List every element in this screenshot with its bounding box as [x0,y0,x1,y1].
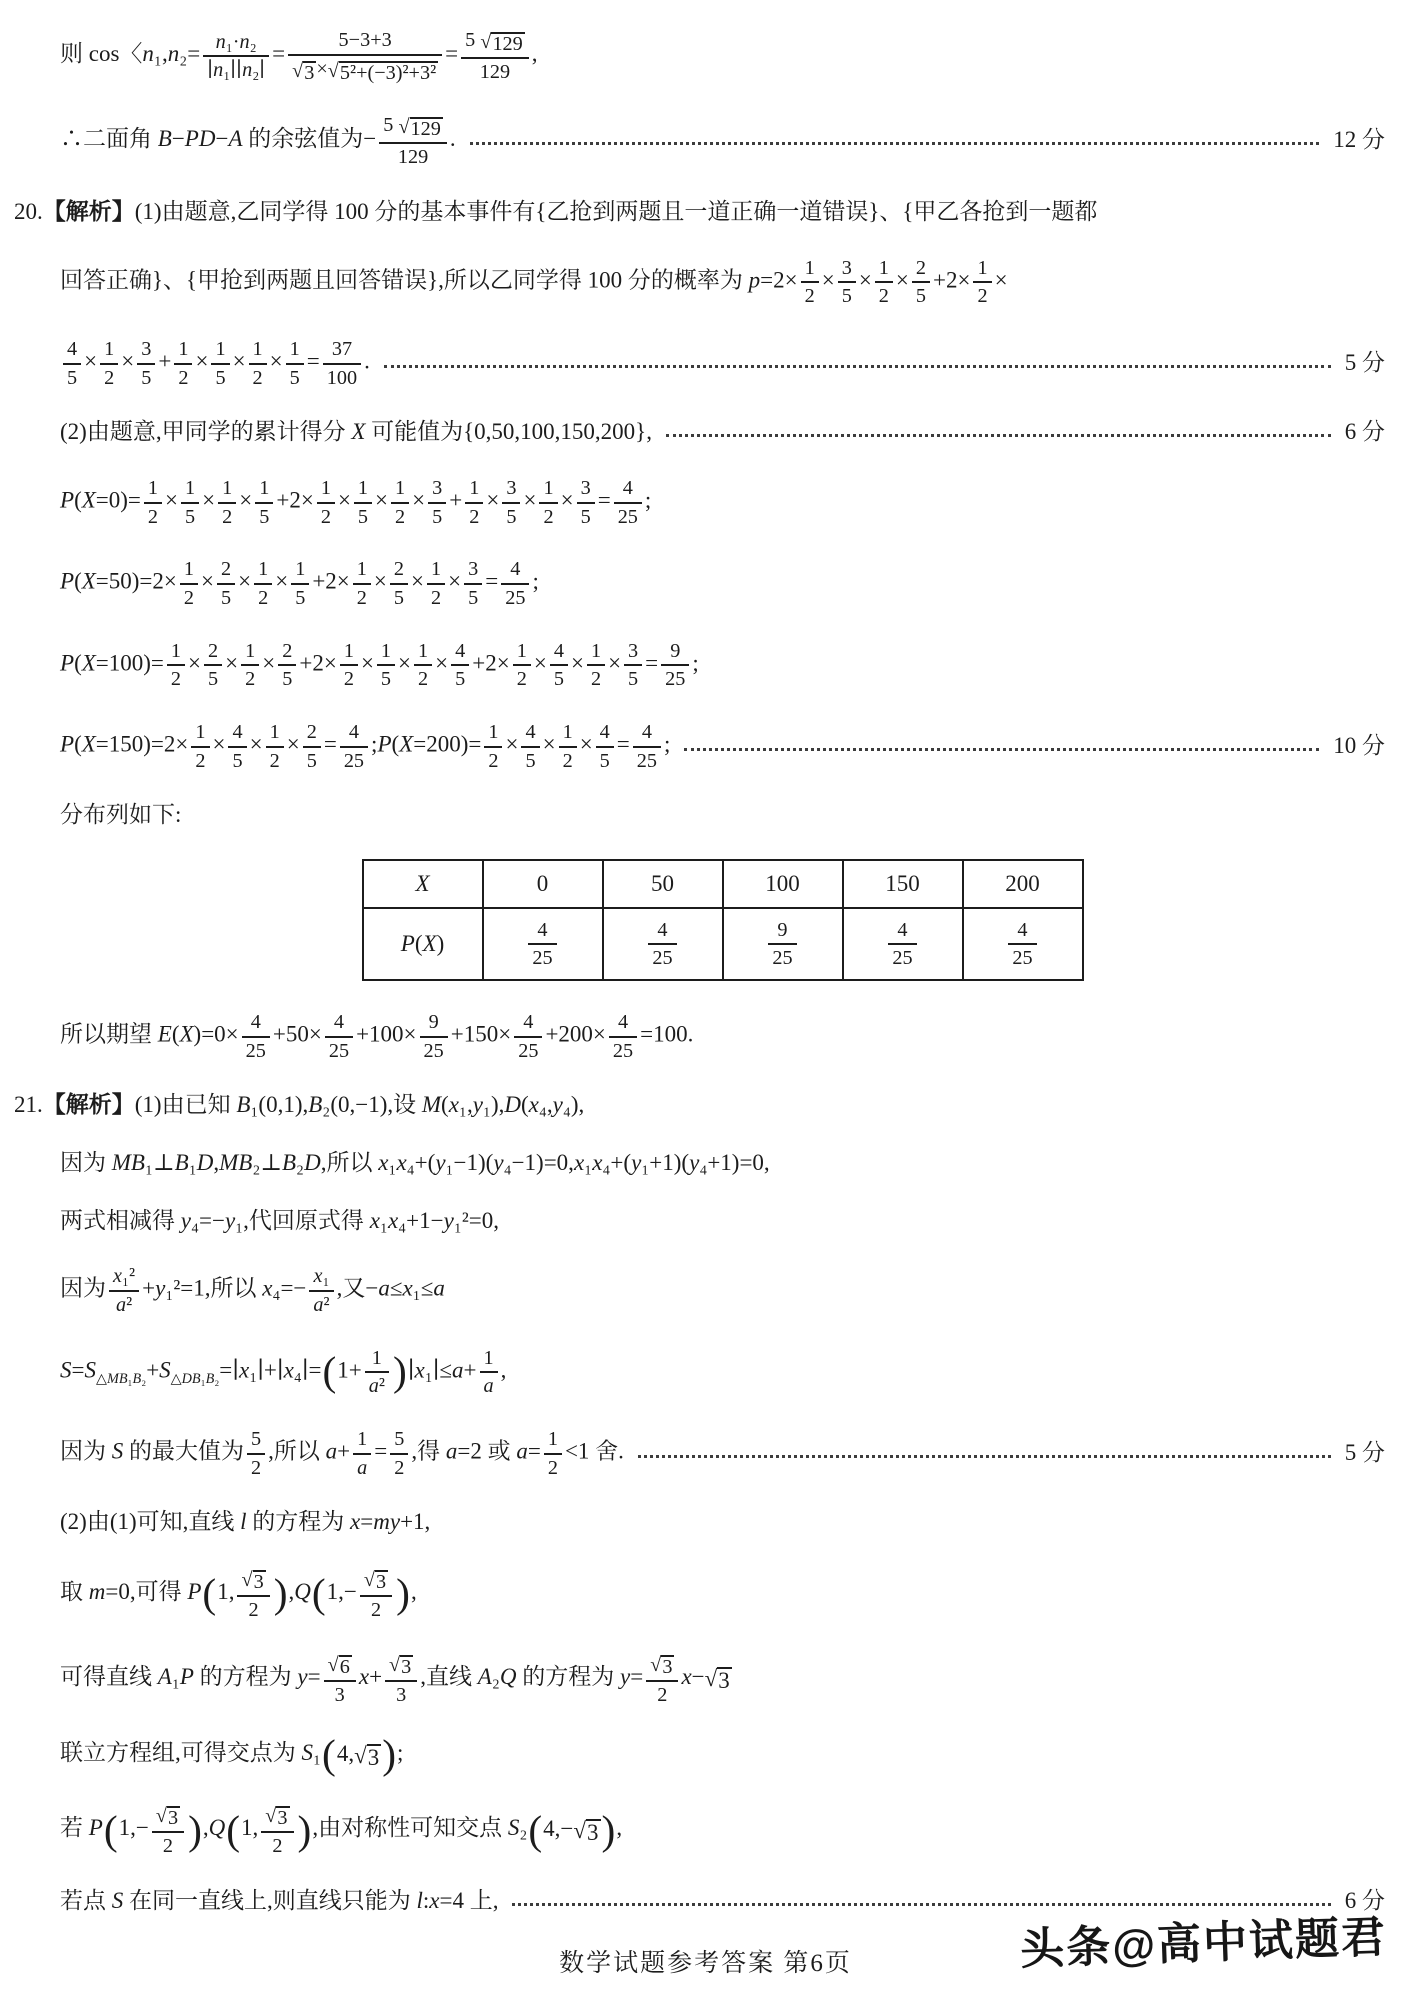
fraction: 425 [242,1010,270,1062]
score-label: 10 分 [1333,732,1385,761]
fraction: 15 [181,476,199,528]
open-paren: ( [321,1736,337,1773]
denominator: 25 [609,1038,637,1063]
denominator: 2 [427,585,445,610]
fraction: 425 [633,720,661,772]
paren-group: (4,√3) [321,1736,397,1773]
content-line: 因为 S 的最大值为52,所以 a+1a=52,得 a=2 或 a=12<1 舍… [60,1427,1385,1479]
close-paren: ) [273,1575,289,1612]
numerator: 1 [480,1346,498,1374]
numerator: √3 [385,1651,417,1682]
numerator: 1 [249,337,267,365]
radicand: 5²+(−3)²+3² [339,61,438,84]
fraction: 35 [502,476,520,528]
dot-leader [638,1455,1331,1458]
denominator: 25 [340,748,368,773]
numerator: 4 [514,1010,542,1038]
fraction: 25 [204,639,222,691]
denominator: 5 [838,283,856,308]
denominator: 25 [325,1038,353,1063]
denominator: 2 [414,666,432,691]
math-content: 联立方程组,可得交点为 S₁(4,√3); [60,1736,403,1773]
math-content: 两式相减得 y₄=−y₁,代回原式得 x₁x₄+1−y₁²=0, [60,1207,499,1236]
denominator: 5 [596,748,614,773]
denominator: 5 [181,504,199,529]
numerator: 1 [587,639,605,667]
radicand: 3 [375,1570,388,1593]
fraction: 12 [544,1427,562,1479]
denominator: 5 [286,365,304,390]
numerator: 37 [323,337,361,365]
paren-group: (1,√32) [201,1566,288,1622]
paren-content: 4,√3 [337,1740,381,1770]
denominator: 25 [420,1038,448,1063]
score-label: 5 分 [1345,349,1385,378]
content-line: 联立方程组,可得交点为 S₁(4,√3); [60,1736,1385,1773]
radical: √3 [265,1806,289,1829]
denominator: 25 [528,945,556,970]
radical: √6 [328,1655,352,1678]
content-line: 可得直线 A₁P 的方程为 y=√63x+√33,直线 A₂Q 的方程为 y=√… [60,1651,1385,1707]
numerator: 3 [464,557,482,585]
content-line: 45×12×35+12×15×12×15=37100.5 分 [60,337,1385,389]
fraction: 35 [624,639,642,691]
numerator: 9 [661,639,689,667]
fraction: 45 [521,720,539,772]
numerator: 5−3+3 [288,28,442,56]
fraction: 25 [303,720,321,772]
math-content: 因为 MB₁⊥B₁D,MB₂⊥B₂D,所以 x₁x₄+(y₁−1)(y₄−1)=… [60,1149,770,1178]
radical: √3 [364,1570,388,1593]
math-content: 若点 S 在同一直线上,则直线只能为 l:x=4 上, [60,1887,498,1916]
denominator: a² [309,1292,333,1317]
close-paren: ) [297,1812,313,1849]
denominator: 25 [888,945,916,970]
radicand: 3 [717,1667,732,1693]
radical-sign: √ [398,117,409,140]
radicand: 3 [303,61,316,84]
content-line: 所以期望 E(X)=0×425+50×425+100×925+150×425+2… [60,1010,1385,1062]
numerator: 1 [340,639,358,667]
radical-sign: √ [328,1655,339,1678]
open-paren: ( [311,1575,327,1612]
watermark-text: 头条@高中试题君 [1020,1913,1388,1975]
numerator: 4 [633,720,661,748]
denominator: 2 [360,1597,392,1622]
fraction: 12 [559,720,577,772]
radical-sign: √ [650,1655,661,1678]
radical-sign: √ [705,1667,718,1693]
numerator: 1 [391,476,409,504]
fraction: 425 [648,918,676,970]
math-content: P(X=50)=2×12×25×12×15+2×12×25×12×35=425; [60,557,539,609]
content-line: 若 P(1,−√32),Q(1,√32),由对称性可知交点 S₂(4,−√3), [60,1802,1385,1858]
numerator: 1 [191,720,209,748]
radical: √5²+(−3)²+3² [328,61,438,84]
paren-group: (1+1a²) [321,1346,407,1398]
denominator: 2 [237,1597,269,1622]
denominator: 5 [502,504,520,529]
fraction: 12 [513,639,531,691]
open-paren: ( [225,1812,241,1849]
radicand: 3 [586,1819,601,1845]
fraction: 925 [661,639,689,691]
fraction: 25 [217,557,235,609]
math-content: ∴二面角 B−PD−A 的余弦值为−5 √129129. [60,113,456,169]
denominator: 2 [261,1833,293,1858]
numerator: 5 [247,1427,265,1455]
denominator: 129 [379,144,447,169]
numerator: √3 [360,1566,392,1597]
fraction: 35 [464,557,482,609]
denominator: a [480,1373,498,1398]
denominator: 5 [211,365,229,390]
denominator: 2 [465,504,483,529]
radicand: 129 [491,32,524,55]
table-cell: 200 [963,860,1083,908]
subscript: △MB₁B₂ [96,1371,146,1387]
radicand: 3 [400,1655,413,1678]
table-cell: 425 [483,908,603,980]
paren-content: 1+1a² [337,1346,392,1398]
bold-text: 【解析】 [43,199,135,224]
table-row: X050100150200 [363,860,1083,908]
denominator: 25 [501,585,529,610]
fraction: √32 [646,1651,678,1707]
fraction: 12 [191,720,209,772]
radicand: 3 [661,1655,674,1678]
radical-sign: √ [364,1570,375,1593]
fraction: 5 √129129 [461,28,529,84]
math-content: 取 m=0,可得 P(1,√32),Q(1,−√32), [60,1566,417,1622]
numerator: 2 [390,557,408,585]
radical: √3 [241,1570,265,1593]
fraction: 12 [414,639,432,691]
numerator: 1 [801,256,819,284]
math-content: P(X=100)=12×25×12×25+2×12×15×12×45+2×12×… [60,639,699,691]
fraction: 35 [577,476,595,528]
fraction: √63 [324,1651,356,1707]
numerator: x₁² [109,1264,139,1292]
math-content: (2)由题意,甲同学的累计得分 X 可能值为{0,50,100,150,200}… [60,418,652,447]
denominator: ∣n₁∣∣n₂∣ [203,57,269,82]
numerator: 4 [228,720,246,748]
fraction: 12 [484,720,502,772]
numerator: 1 [513,639,531,667]
math-content: 可得直线 A₁P 的方程为 y=√63x+√33,直线 A₂Q 的方程为 y=√… [60,1651,732,1707]
radical: √3 [292,61,316,84]
math-content: 因为x₁²a²+y₁²=1,所以 x₄=−x₁a²,又−a≤x₁≤a [60,1264,445,1316]
numerator: 4 [521,720,539,748]
denominator: 3 [385,1682,417,1707]
fraction: 425 [609,1010,637,1062]
numerator: 1 [875,256,893,284]
fraction: 12 [254,557,272,609]
denominator: 129 [461,59,529,84]
denominator: 100 [323,365,361,390]
denominator: 25 [242,1038,270,1063]
denominator: 2 [180,585,198,610]
table-cell: 0 [483,860,603,908]
numerator: 5 √129 [379,113,447,144]
fraction: 12 [973,256,991,308]
numerator: 1 [317,476,335,504]
denominator: 2 [254,585,272,610]
numerator: 3 [428,476,446,504]
denominator: a² [109,1292,139,1317]
denominator: 2 [249,365,267,390]
radicand: 129 [410,117,443,140]
math-content: 分布列如下: [60,801,181,830]
numerator: √6 [324,1651,356,1682]
numerator: 1 [353,557,371,585]
content-line: 分布列如下: [60,801,1385,830]
fraction: 12 [875,256,893,308]
content-line: 则 cos〈n₁,n₂=n₁·n₂∣n₁∣∣n₂∣=5−3+3√3×√5²+(−… [60,28,1385,84]
open-paren: ( [201,1575,217,1612]
numerator: √3 [237,1566,269,1597]
numerator: 2 [912,256,930,284]
numerator: √3 [646,1651,678,1682]
math-content: P(X=0)=12×15×12×15+2×12×15×12×35+12×35×1… [60,476,651,528]
numerator: n₁·n₂ [203,30,269,58]
close-paren: ) [395,1575,411,1612]
table-cell: P(X) [363,908,483,980]
numerator: 1 [484,720,502,748]
fraction: 1a [480,1346,498,1398]
table-cell: X [363,860,483,908]
fraction: 12 [100,337,118,389]
denominator: 2 [544,1455,562,1480]
denominator: 5 [303,748,321,773]
denominator: 2 [218,504,236,529]
denominator: 2 [353,585,371,610]
radical: √3 [573,1819,600,1845]
fraction: 12 [174,337,192,389]
math-content: 回答正确}、{甲抢到两题且回答错误},所以乙同学得 100 分的概率为 p=2×… [60,256,1008,308]
table-cell: 425 [963,908,1083,980]
denominator: 5 [390,585,408,610]
denominator: 25 [648,945,676,970]
document-page: { "page": { "footer": "数学试题参考答案 第6页", "w… [0,0,1411,1995]
numerator: 1 [973,256,991,284]
fraction: 425 [325,1010,353,1062]
fraction: √32 [237,1566,269,1622]
denominator: 2 [100,365,118,390]
denominator: 25 [614,504,642,529]
score-label: 12 分 [1333,126,1385,155]
math-content: (2)由(1)可知,直线 l 的方程为 x=my+1, [60,1508,430,1537]
radical-sign: √ [354,1744,367,1770]
bold-text: 【解析】 [43,1092,135,1117]
radical-sign: √ [241,1570,252,1593]
numerator: 3 [624,639,642,667]
content-line: (2)由题意,甲同学的累计得分 X 可能值为{0,50,100,150,200}… [60,418,1385,447]
denominator: 2 [167,666,185,691]
open-paren: ( [103,1812,119,1849]
fraction: 12 [218,476,236,528]
denominator: 5 [624,666,642,691]
numerator: 3 [577,476,595,504]
math-content: 则 cos〈n₁,n₂=n₁·n₂∣n₁∣∣n₂∣=5−3+3√3×√5²+(−… [60,28,538,84]
table-cell: 150 [843,860,963,908]
open-paren: ( [527,1812,543,1849]
numerator: 4 [648,918,676,946]
numerator: 5 [390,1427,408,1455]
content-line: ∴二面角 B−PD−A 的余弦值为−5 √129129.12 分 [60,113,1385,169]
footer-text: 数学试题参考答案 第6页 [559,1950,852,1977]
numerator: 4 [242,1010,270,1038]
numerator: 3 [137,337,155,365]
numerator: 4 [596,720,614,748]
denominator: 2 [317,504,335,529]
fraction: 15 [211,337,229,389]
numerator: 1 [174,337,192,365]
table-cell: 100 [723,860,843,908]
denominator: 5 [217,585,235,610]
fraction: 12 [180,557,198,609]
fraction: 1a [353,1427,371,1479]
numerator: 4 [340,720,368,748]
numerator: 1 [365,1346,389,1374]
fraction: 45 [596,720,614,772]
numerator: 1 [354,476,372,504]
fraction: 45 [451,639,469,691]
score-label: 6 分 [1345,418,1385,447]
content-lines: 则 cos〈n₁,n₂=n₁·n₂∣n₁∣∣n₂∣=5−3+3√3×√5²+(−… [0,0,1411,1916]
denominator: 25 [661,666,689,691]
numerator: 3 [502,476,520,504]
fraction: 425 [614,476,642,528]
content-line: 两式相减得 y₄=−y₁,代回原式得 x₁x₄+1−y₁²=0, [60,1207,1385,1236]
denominator: 2 [174,365,192,390]
numerator: 4 [1008,918,1036,946]
paren-content: 1,−√32 [327,1566,395,1622]
math-content: S=S△MB₁B₂+S△DB₁B₂=∣x₁∣+∣x₄∣=(1+1a²)∣x₁∣≤… [60,1346,506,1398]
fraction: 35 [838,256,856,308]
numerator: 1 [218,476,236,504]
close-paren: ) [601,1812,617,1849]
radical: √3 [389,1655,413,1678]
numerator: 1 [266,720,284,748]
close-paren: ) [392,1353,408,1390]
numerator: 4 [501,557,529,585]
denominator: a [353,1455,371,1480]
numbered-solution-line: 20.【解析】(1)由题意,乙同学得 100 分的基本事件有{乙抢到两题且一道正… [14,198,1385,227]
denominator: 5 [255,504,273,529]
radical: √3 [650,1655,674,1678]
numerator: 1 [377,639,395,667]
radical: √129 [480,32,524,55]
denominator: 2 [484,748,502,773]
denominator: 2 [539,504,557,529]
fraction: 12 [539,476,557,528]
numerator: 4 [609,1010,637,1038]
denominator: 2 [391,504,409,529]
denominator: 5 [577,504,595,529]
fraction: 12 [465,476,483,528]
denominator: 2 [340,666,358,691]
denominator: a² [365,1373,389,1398]
content-line: P(X=100)=12×25×12×25+2×12×15×12×45+2×12×… [60,639,1385,691]
subscript: △DB₁B₂ [171,1371,220,1387]
close-paren: ) [381,1736,397,1773]
dot-leader [512,1903,1330,1906]
dot-leader [666,434,1331,437]
paren-group: (4,−√3) [527,1812,616,1849]
fraction: 45 [550,639,568,691]
fraction: 25 [912,256,930,308]
denominator: 2 [587,666,605,691]
paren-content: 1,√32 [241,1802,296,1858]
radicand: 6 [339,1655,352,1678]
denominator: 2 [247,1455,265,1480]
denominator: 5 [377,666,395,691]
numerator: 1 [144,476,162,504]
fraction: 425 [340,720,368,772]
denominator: 5 [278,666,296,691]
fraction: √32 [360,1566,392,1622]
content-line: (2)由(1)可知,直线 l 的方程为 x=my+1, [60,1508,1385,1537]
denominator: 2 [191,748,209,773]
numerator: 2 [303,720,321,748]
fraction: 45 [228,720,246,772]
denominator: 5 [228,748,246,773]
fraction: 15 [354,476,372,528]
distribution-table: X050100150200P(X)425425925425425 [362,859,1084,981]
denominator: 5 [451,666,469,691]
radical-sign: √ [292,61,303,84]
denominator: 2 [646,1682,678,1707]
fraction: 12 [427,557,445,609]
content-line: P(X=50)=2×12×25×12×15+2×12×25×12×35=425; [60,557,1385,609]
numerator: 1 [167,639,185,667]
denominator: 2 [513,666,531,691]
denominator: 25 [1008,945,1036,970]
score-label: 5 分 [1345,1439,1385,1468]
numerator: 2 [217,557,235,585]
fraction: 12 [144,476,162,528]
denominator: 5 [428,504,446,529]
numerator: 9 [420,1010,448,1038]
fraction: x₁a² [309,1264,333,1316]
radical-sign: √ [328,61,339,84]
denominator: 5 [912,283,930,308]
fraction: 52 [390,1427,408,1479]
fraction: 5−3+3√3×√5²+(−3)²+3² [288,28,442,84]
fraction: 12 [249,337,267,389]
dot-leader [684,748,1319,751]
numerator: 9 [768,918,796,946]
fraction: 15 [255,476,273,528]
denominator: 2 [390,1455,408,1480]
numerator: 2 [204,639,222,667]
numerator: 4 [528,918,556,946]
math-content: 所以期望 E(X)=0×425+50×425+100×925+150×425+2… [60,1010,693,1062]
numerator: 4 [325,1010,353,1038]
numerator: 1 [414,639,432,667]
paren-content: 4,−√3 [543,1815,600,1845]
numerator: 4 [451,639,469,667]
numerator: 1 [241,639,259,667]
numerator: √3 [152,1802,184,1833]
numerator: 1 [427,557,445,585]
fraction: 1a² [365,1346,389,1398]
numerator: 4 [63,337,81,365]
denominator: 2 [973,283,991,308]
fraction: √32 [261,1802,293,1858]
denominator: 2 [801,283,819,308]
